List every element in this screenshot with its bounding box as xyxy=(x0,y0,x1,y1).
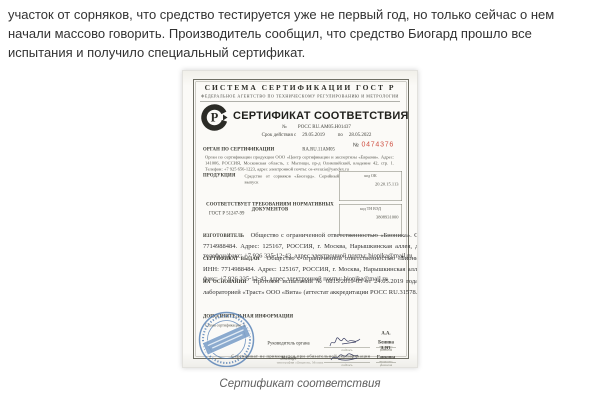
cert-number-row: № РОСС RU.АМ05.Н01437 xyxy=(238,124,395,130)
product-label: ПРОДУКЦИЯ xyxy=(203,173,235,178)
rst-mark-icon: Р xyxy=(200,103,229,132)
product-code-box: код ОК 20.20.15.113 xyxy=(339,171,402,201)
certificate-figure: СИСТЕМА СЕРТИФИКАЦИИ ГОСТ Р ФЕДЕРАЛЬНОЕ … xyxy=(8,70,592,390)
product-code-value: 20.20.15.113 xyxy=(343,182,399,187)
expert-name-caption: инициалы, фамилия xyxy=(376,360,396,367)
conformity-code-label: код ТН ВЭД xyxy=(360,207,381,212)
cert-number-label: № xyxy=(282,124,287,130)
cert-validity-row: Срок действия с 29.05.2019 по 28.05.2022 xyxy=(238,132,395,138)
product-text: Средство от сорняков «Биогард». Серийный… xyxy=(244,173,339,185)
article: участок от сорняков, что средство тестир… xyxy=(0,0,600,390)
certificate-caption: Сертификат соответствия xyxy=(8,378,592,390)
organ-text: Орган по сертификации продукции ООО «Цен… xyxy=(205,154,394,172)
expert-sign-caption: подпись xyxy=(324,364,370,368)
valid-to-label: по xyxy=(338,132,343,138)
section-product: ПРОДУКЦИЯ Средство от сорняков «Биогард»… xyxy=(203,173,339,185)
cert-agency-line: ФЕДЕРАЛЬНОЕ АГЕНТСТВО ПО ТЕХНИЧЕСКОМУ РЕ… xyxy=(200,94,400,102)
validity-label: Срок действия с xyxy=(262,132,297,138)
certificate-image: СИСТЕМА СЕРТИФИКАЦИИ ГОСТ Р ФЕДЕРАЛЬНОЕ … xyxy=(182,70,418,368)
manufacturer-label: ИЗГОТОВИТЕЛЬ xyxy=(203,234,244,239)
product-code-label: код ОК xyxy=(364,174,376,179)
section-organ: ОРГАН ПО СЕРТИФИКАЦИИ RA.RU.11АМ05 xyxy=(203,147,397,152)
round-stamp xyxy=(197,310,256,368)
cert-number-value: РОСС RU.АМ05.Н01437 xyxy=(298,124,351,130)
conformity-code-value: 3808931000 xyxy=(343,215,399,220)
additional-info-note: Схема сертификации: 1 xyxy=(205,323,245,328)
rst-mark-letter: Р xyxy=(211,111,219,125)
article-paragraph: участок от сорняков, что средство тестир… xyxy=(8,5,596,62)
issued-label: СЕРТИФИКАТ ВЫДАН xyxy=(203,257,260,262)
organ-label: ОРГАН ПО СЕРТИФИКАЦИИ xyxy=(203,147,274,152)
valid-from-date: 29.05.2019 xyxy=(302,132,325,138)
section-basis: НА ОСНОВАНИИ Протокол испытаний № 0815/2… xyxy=(203,276,418,297)
cert-footer-note: Сертификат не применяется при обязательн… xyxy=(198,354,404,359)
organ-code: RA.RU.11АМ05 xyxy=(302,147,335,152)
cert-title: СЕРТИФИКАТ СООТВЕТСТВИЯ xyxy=(233,109,395,122)
valid-to-date: 28.05.2022 xyxy=(349,132,372,138)
basis-label: НА ОСНОВАНИИ xyxy=(203,280,246,285)
cert-system-title: СИСТЕМА СЕРТИФИКАЦИИ ГОСТ Р xyxy=(203,84,397,93)
certificate-scan: СИСТЕМА СЕРТИФИКАЦИИ ГОСТ Р ФЕДЕРАЛЬНОЕ … xyxy=(183,71,417,367)
conformity-text: ГОСТ Р 51247-99 xyxy=(209,211,244,216)
